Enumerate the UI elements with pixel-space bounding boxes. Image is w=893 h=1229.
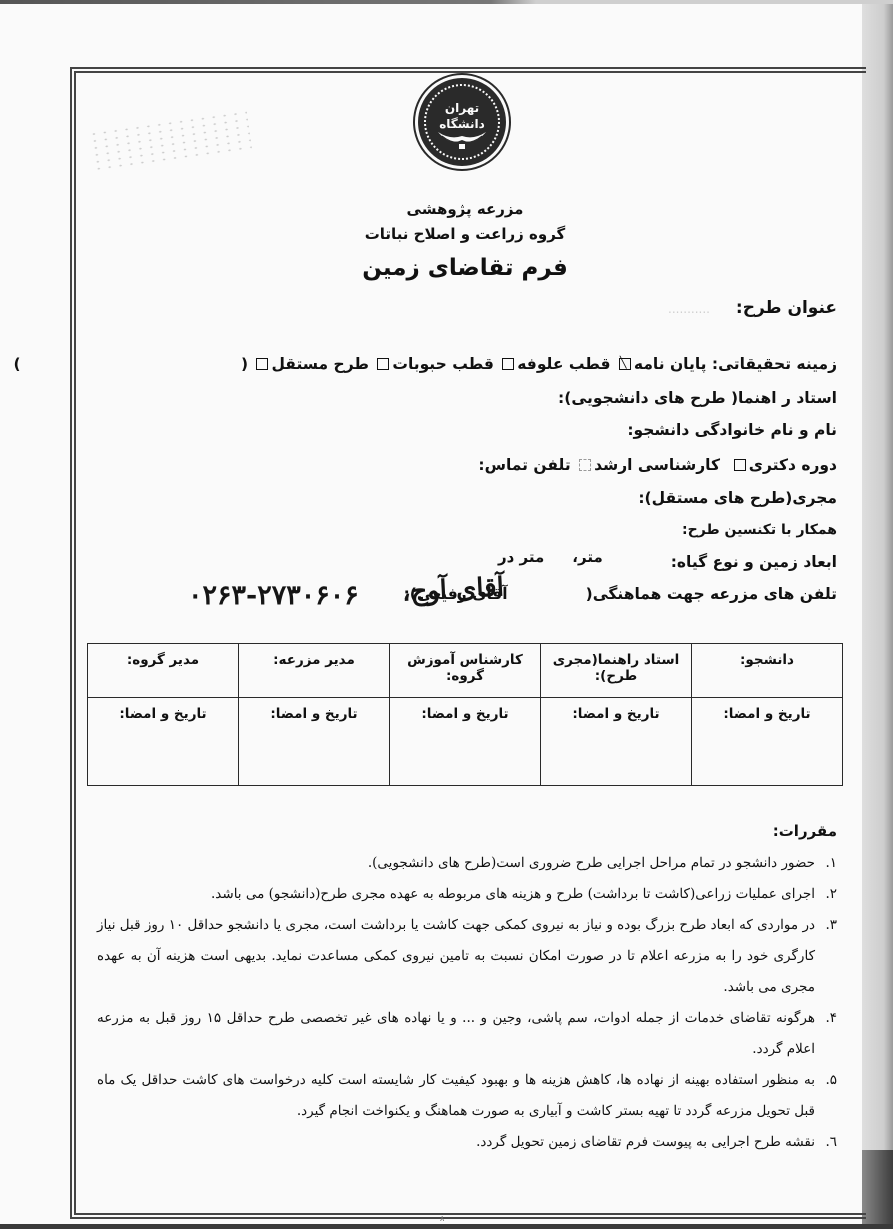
supervisor-label: استاد ر اهنما( طرح های دانشجویی): [558,389,837,407]
sign-education-officer[interactable]: تاریخ و امضا: [390,698,541,786]
rules-list: ۱.حضور دانشجو در تمام مراحل اجرایی طرح ض… [97,848,837,1157]
rule-text: به منظور استفاده بهینه از نهاده ها، کاهش… [97,1072,815,1119]
university-emblem-icon: تهران دانشگاه [422,82,502,162]
sign-supervisor[interactable]: تاریخ و امضا: [541,698,692,786]
research-area-label: زمینه تحقیقاتی: [712,355,837,373]
independent-checkbox[interactable] [256,358,268,370]
rule-number: ٦. [825,1127,837,1157]
executor-label: مجری(طرح های مستقل): [638,489,837,507]
course-field: دوره دکتری کارشناسی ارشد تلفن تماس: [478,456,837,474]
rules-title: مقررات: [773,822,837,840]
option-legumes-label: قطب حبوبات [392,355,493,373]
legumes-checkbox[interactable] [377,358,389,370]
rule-item: ۱.حضور دانشجو در تمام مراحل اجرایی طرح ض… [97,848,837,879]
student-name-field[interactable]: نام و نام خانوادگی دانشجو: [627,421,837,439]
project-title-value: ........... [668,302,710,316]
rule-item: ۴.هرگونه تقاضای خدمات از جمله ادوات، سم … [97,1003,837,1065]
option-msc-label: کارشناسی ارشد [594,456,720,474]
rule-item: ٦.نقشه طرح اجرایی به پیوست فرم تقاضای زم… [97,1127,837,1157]
rule-number: ۱. [825,848,837,879]
role-group-head: مدیر گروه: [88,644,239,698]
role-education-officer: کارشناس آموزش گروه: [390,644,541,698]
research-area-field: زمینه تحقیقاتی: پایان نامه قطب علوفه قطب… [13,355,837,373]
rule-item: ۳.در مواردی که ابعاد طرح بزرگ بوده و نیا… [97,910,837,1003]
rule-text: اجرای عملیات زراعی(کاشت تا برداشت) طرح و… [211,886,815,902]
signature-date-row: تاریخ و امضا: تاریخ و امضا: تاریخ و امضا… [88,698,843,786]
handwritten-contact: آقای آوج، [401,572,504,607]
executor-field[interactable]: مجری(طرح های مستقل): [638,489,837,507]
dimensions-unit-1: متر در [498,548,544,566]
project-title-field[interactable]: عنوان طرح: ........... [668,298,837,318]
dimensions-units: متر،متر در [470,548,603,566]
rule-number: ۲. [825,879,837,910]
contact-phone-label: تلفن تماس: [478,456,570,474]
other-close-paren: ) [13,355,20,373]
thesis-checkbox[interactable] [619,358,631,370]
rule-item: ۵.به منظور استفاده بهینه از نهاده ها، کا… [97,1065,837,1127]
option-independent-label: طرح مستقل [271,355,369,373]
university-logo-icon: تهران دانشگاه [418,78,506,166]
scan-right-margin-shadow [862,1150,893,1224]
phd-checkbox[interactable] [734,459,746,471]
rule-item: ۲.اجرای عملیات زراعی(کاشت تا برداشت) طرح… [97,879,837,910]
course-label: دوره [801,456,837,474]
option-phd-label: دکتری [749,456,796,474]
rule-text: نقشه طرح اجرایی به پیوست فرم تقاضای زمین… [476,1134,815,1150]
technician-field[interactable]: همکار با تکنسین طرح: [682,522,837,538]
rule-text: در مواردی که ابعاد طرح بزرگ بوده و نیاز … [97,917,815,995]
supervisor-field[interactable]: استاد ر اهنما( طرح های دانشجویی): [558,389,837,407]
signature-table: دانشجو: استاد راهنما(مجری طرح): کارشناس … [87,643,843,786]
sign-farm-manager[interactable]: تاریخ و امضا: [239,698,390,786]
role-student: دانشجو: [692,644,843,698]
svg-text:دانشگاه: دانشگاه [439,117,485,131]
dimensions-unit-2: متر، [572,548,602,566]
page-mark: ۸ [440,1214,444,1223]
group-name: گروه زراعت و اصلاح نباتات [0,225,893,243]
sign-group-head[interactable]: تاریخ و امضا: [88,698,239,786]
scan-right-margin [862,4,893,1224]
option-thesis-label: پایان نامه [634,355,707,373]
signature-role-row: دانشجو: استاد راهنما(مجری طرح): کارشناس … [88,644,843,698]
technician-label: همکار با تکنسین طرح: [682,522,837,538]
msc-checkbox[interactable] [579,459,591,471]
rule-number: ۵. [825,1065,837,1096]
role-farm-manager: مدیر مزرعه: [239,644,390,698]
rule-number: ۴. [825,1003,837,1034]
farm-phones-label: تلفن های مزرعه جهت هماهنگی( [586,585,837,603]
farm-name: مزرعه پژوهشی [0,200,893,218]
rule-number: ۳. [825,910,837,941]
sign-student[interactable]: تاریخ و امضا: [692,698,843,786]
forage-checkbox[interactable] [502,358,514,370]
role-supervisor: استاد راهنما(مجری طرح): [541,644,692,698]
other-open-paren: ( [241,355,248,373]
scan-bottom-edge [0,1224,893,1229]
option-forage-label: قطب علوفه [517,355,610,373]
form-title: فرم تقاضای زمین [0,255,893,281]
rule-text: هرگونه تقاضای خدمات از جمله ادوات، سم پا… [97,1010,815,1057]
svg-text:تهران: تهران [445,101,479,115]
handwritten-phone: ۰۲۶۳-۲۷۳۰۶۰۶ [188,580,359,611]
dimensions-field[interactable]: ابعاد زمین و نوع گیاه: [671,553,837,571]
rule-text: حضور دانشجو در تمام مراحل اجرایی طرح ضرو… [368,855,815,871]
student-name-label: نام و نام خانوادگی دانشجو: [627,421,837,439]
dimensions-label: ابعاد زمین و نوع گیاه: [671,553,837,571]
project-title-label: عنوان طرح: [736,298,837,318]
